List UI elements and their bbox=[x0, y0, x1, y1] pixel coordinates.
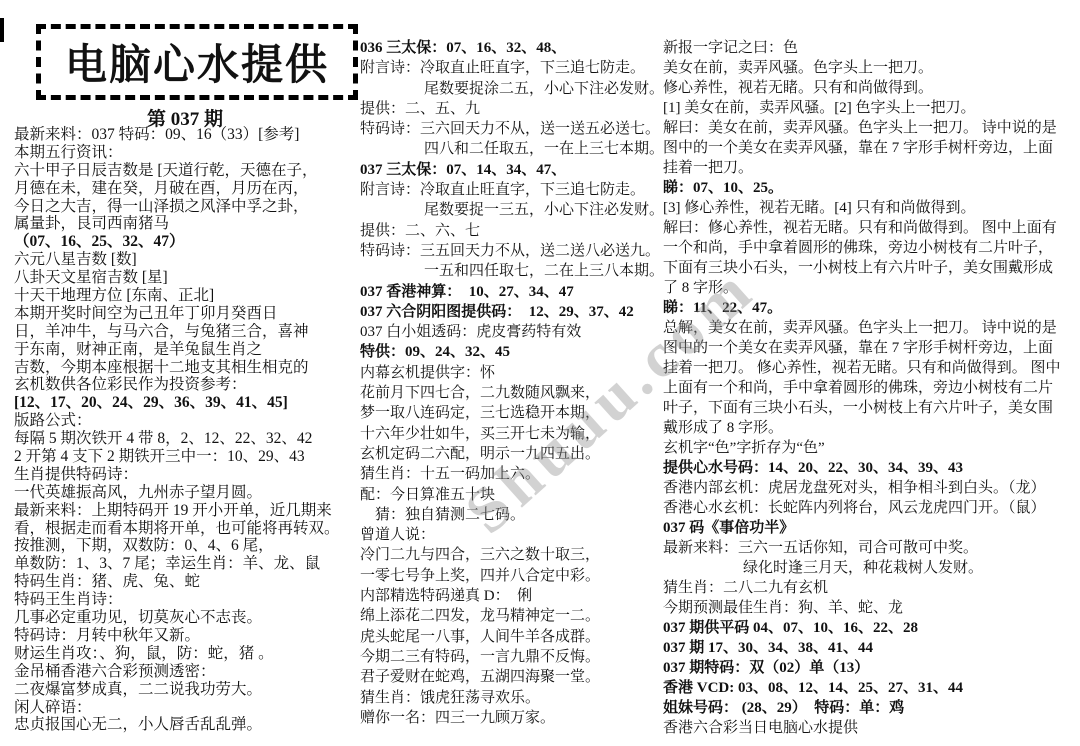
scan-edge-artifact bbox=[0, 18, 4, 42]
text-line: 特码诗：月转中秋年又新。 bbox=[14, 627, 360, 645]
text-line: 六十甲子日辰吉数是 [天道行乾，天德在子， bbox=[14, 162, 360, 180]
text-line: 香港六合彩当日电脑心水提供 bbox=[663, 718, 1075, 738]
text-line: 一五和四任取七，二在上三八本期。 bbox=[360, 261, 662, 281]
text-line: 037 码《事倍功半》 bbox=[663, 518, 1075, 538]
text-line: 特码王生肖诗： bbox=[14, 591, 360, 609]
text-line: 特码生肖：猪、虎、兔、蛇 bbox=[14, 573, 360, 591]
text-line: 最新来料：037 特码：09、16（33）[参考] bbox=[14, 126, 360, 144]
text-line: 君子爱财在蛇鸡，五湖四海聚一堂。 bbox=[360, 667, 662, 687]
text-line: 猜生肖：饿虎狂荡寻欢乐。 bbox=[360, 688, 662, 708]
text-line: 尾数要捉涂二五，小心下注必发财。 bbox=[360, 79, 662, 99]
text-line: 解曰：美女在前，卖弄风骚。色字头上一把刀。 诗中说的是 bbox=[663, 118, 1075, 138]
text-line: 037 期 17、30、34、38、41、44 bbox=[663, 638, 1075, 658]
text-line: 037 香港神算： 10、27、34、47 bbox=[360, 282, 662, 302]
text-line: 036 三太保：07、16、32、48、 bbox=[360, 38, 662, 58]
text-line: 附言诗：冷取直止旺直字，下三追七防走。 bbox=[360, 58, 662, 78]
text-line: 香港 VCD: 03、08、12、14、25、27、31、44 bbox=[663, 678, 1075, 698]
text-line: 修心养性，视若无睹。只有和尚做得到。 bbox=[663, 78, 1075, 98]
text-line: 赠你一名：四三一九顾万家。 bbox=[360, 708, 662, 728]
middle-column: 036 三太保：07、16、32、48、附言诗：冷取直止旺直字，下三追七防走。尾… bbox=[360, 38, 662, 728]
text-line: 玄机定码二六配，明示一九四五出。 bbox=[360, 444, 662, 464]
text-line: 猜：独自猜测二七码。 bbox=[360, 505, 662, 525]
text-line: 绵上添花二四发，龙马精神定一二。 bbox=[360, 606, 662, 626]
text-line: （07、16、25、32、47） bbox=[14, 233, 360, 251]
text-line: 2 开第 4 支下 2 期铁开三中一：10、29、43 bbox=[14, 448, 360, 466]
text-line: 037 六合阴阳图提供码： 12、29、37、42 bbox=[360, 302, 662, 322]
text-line: 虎头蛇尾一八事，人间牛羊各成群。 bbox=[360, 627, 662, 647]
text-line: 猜生肖：二八二九有玄机 bbox=[663, 578, 1075, 598]
text-line: 吉数，今期本座根据十二地支其相生相克的 bbox=[14, 359, 360, 377]
text-line: 看，根据走而看本期将开单，也可能将再转双。 bbox=[14, 520, 360, 538]
text-line: 金吊桶香港六合彩预测透密： bbox=[14, 663, 360, 681]
text-line: 忠贞报国心无二，小人唇舌乱乱弹。 bbox=[14, 716, 360, 734]
text-line: 六元八星吉数 [数] bbox=[14, 251, 360, 269]
text-line: 猜生肖：十五一码加上六。 bbox=[360, 464, 662, 484]
page-title: 电脑心水提供 bbox=[65, 32, 329, 92]
text-line: 于东南，财神正南，是羊兔鼠生肖之 bbox=[14, 341, 360, 359]
text-line: 总解，美女在前，卖弄风骚。色字头上一把刀。 诗中说的是 bbox=[663, 318, 1075, 338]
text-line: 上面有一个和尚，手中拿着圆形的佛珠，旁边小树枝有二片 bbox=[663, 378, 1075, 398]
text-line: 特供：09、24、32、45 bbox=[360, 342, 662, 362]
text-line: 提供心水号码：14、20、22、30、34、39、43 bbox=[663, 458, 1075, 478]
text-line: 下面有三块小石头，一小树枝上有六片叶子，美女围戴形成 bbox=[663, 258, 1075, 278]
text-line: 提供：二、五、九 bbox=[360, 99, 662, 119]
text-line: 二夜爆富梦成真，二二说我功劳大。 bbox=[14, 681, 360, 699]
text-line: 本期五行资讯： bbox=[14, 144, 360, 162]
text-line: 一代英雄振高风，九州赤子望月圆。 bbox=[14, 484, 360, 502]
text-line: 冷门二九与四合，三六之数十取三， bbox=[360, 545, 662, 565]
text-line: 新报一字记之曰：色 bbox=[663, 38, 1075, 58]
text-line: 闲人碎语： bbox=[14, 699, 360, 717]
text-line: 一个和尚，手中拿着圆形的佛珠，旁边小树枝有二片叶子， bbox=[663, 238, 1075, 258]
text-line: 尾数要捉一三五，小心下注必发财。 bbox=[360, 200, 662, 220]
right-column: 新报一字记之曰：色美女在前，卖弄风骚。色字头上一把刀。修心养性，视若无睹。只有和… bbox=[663, 38, 1075, 738]
text-line: 图中的一个美女在卖弄风骚，靠在 7 字形手树杆旁边，上面 bbox=[663, 338, 1075, 358]
text-line: 曾道人说： bbox=[360, 525, 662, 545]
text-line: 十六年少壮如牛，买三开七未为输， bbox=[360, 424, 662, 444]
text-line: 配：今日算准五十块 bbox=[360, 485, 662, 505]
text-line: 内幕玄机提供字：怀 bbox=[360, 363, 662, 383]
text-line: 了 8 字形。 bbox=[663, 278, 1075, 298]
text-line: 花前月下四七合，二九数随风飘来， bbox=[360, 383, 662, 403]
text-line: 美女在前，卖弄风骚。色字头上一把刀。 bbox=[663, 58, 1075, 78]
text-line: 属量卦，艮司西南猪马 bbox=[14, 215, 360, 233]
text-line: 每隔 5 期次铁开 4 带 8，2、12、22、32、42 bbox=[14, 430, 360, 448]
text-line: 叶子，下面有三块小石头，一小树枝上有六片叶子，美女围 bbox=[663, 398, 1075, 418]
text-line: 解曰：修心养性，视若无睹。只有和尚做得到。 图中上面有 bbox=[663, 218, 1075, 238]
text-line: 戴形成了 8 字形。 bbox=[663, 418, 1075, 438]
text-line: 今期二三有特码，一言九鼎不反悔。 bbox=[360, 647, 662, 667]
text-line: 最新来料：上期特码开 19 开小开单，近几期来 bbox=[14, 502, 360, 520]
text-line: 037 期特码：双（02）单（13） bbox=[663, 658, 1075, 678]
text-line: 绿化时逢三月天，种花栽树人发财。 bbox=[663, 558, 1075, 578]
title-box: 电脑心水提供 bbox=[36, 24, 358, 100]
text-line: 玄机数供各位彩民作为投资参考： bbox=[14, 376, 360, 394]
text-line: 最新来料：三六一五话你知，司合可散可中奖。 bbox=[663, 538, 1075, 558]
text-line: [1] 美女在前，卖弄风骚。[2] 色字头上一把刀。 bbox=[663, 98, 1075, 118]
text-line: 挂着一把刀。 修心养性，视若无睹。只有和尚做得到。 图中 bbox=[663, 358, 1075, 378]
text-line: 香港内部玄机：虎居龙盘死对头，相争相斗到白头。（龙） bbox=[663, 478, 1075, 498]
left-column: 最新来料：037 特码：09、16（33）[参考]本期五行资讯：六十甲子日辰吉数… bbox=[14, 126, 360, 734]
text-line: 037 白小姐透码：虎皮膏药特有效 bbox=[360, 322, 662, 342]
text-line: 037 三太保：07、14、34、47、 bbox=[360, 160, 662, 180]
text-line: 睇：07、10、25。 bbox=[663, 178, 1075, 198]
text-line: 版路公式： bbox=[14, 412, 360, 430]
text-line: 附言诗：冷取直止旺直字，下三追七防走。 bbox=[360, 180, 662, 200]
text-line: 生肖提供特码诗： bbox=[14, 466, 360, 484]
text-line: 特码诗：三五回天力不从，送二送八必送九。 bbox=[360, 241, 662, 261]
text-line: 八卦天文星宿吉数 [星] bbox=[14, 269, 360, 287]
text-line: 今期预测最佳生肖：狗、羊、蛇、龙 bbox=[663, 598, 1075, 618]
text-line: 提供：二、六、七 bbox=[360, 221, 662, 241]
text-line: 挂着一把刀。 bbox=[663, 158, 1075, 178]
text-line: [12、17、20、24、29、36、39、41、45] bbox=[14, 394, 360, 412]
text-line: 037 期供平码 04、07、10、16、22、28 bbox=[663, 618, 1075, 638]
document-page: 电脑心水提供 第 037 期 最新来料：037 特码：09、16（33）[参考]… bbox=[0, 0, 1080, 746]
text-line: 姐妹号码： (28、29） 特码：单：鸡 bbox=[663, 698, 1075, 718]
text-line: 财运生肖攻：、狗，鼠，防：蛇，猪 。 bbox=[14, 645, 360, 663]
text-line: 本期开奖时间空为己丑年丁卯月癸酉日 bbox=[14, 305, 360, 323]
text-line: 玄机字“色”字折存为“色” bbox=[663, 438, 1075, 458]
text-line: 特码诗：三六回天力不从，送一送五必送七。 bbox=[360, 119, 662, 139]
text-line: 四八和二任取五，一在上三七本期。 bbox=[360, 139, 662, 159]
text-line: 月德在未，建在癸，月破在酉，月历在丙， bbox=[14, 180, 360, 198]
text-line: 梦一取八连码定，三七选稳开本期， bbox=[360, 403, 662, 423]
text-line: [3] 修心养性，视若无睹。[4] 只有和尚做得到。 bbox=[663, 198, 1075, 218]
text-line: 内部精选特码递真 D： 俐 bbox=[360, 586, 662, 606]
text-line: 今日之大吉，得一山泽损之风泽中孚之卦， bbox=[14, 198, 360, 216]
text-line: 几事必定重功见，切莫灰心不志丧。 bbox=[14, 609, 360, 627]
text-line: 按推测，下期，双数防：0、4、6 尾， bbox=[14, 537, 360, 555]
text-line: 图中的一个美女在卖弄风骚，靠在 7 字形手树杆旁边，上面 bbox=[663, 138, 1075, 158]
text-line: 单数防：1、3、7 尾；幸运生肖：羊、龙、鼠 bbox=[14, 555, 360, 573]
text-line: 十天干地理方位 [东南、正北] bbox=[14, 287, 360, 305]
text-line: 日，羊冲牛，与马六合，与兔猪三合，喜神 bbox=[14, 323, 360, 341]
text-line: 香港心水玄机：长蛇阵内列将台，风云龙虎四门开。（鼠） bbox=[663, 498, 1075, 518]
text-line: 睇：11、22、47。 bbox=[663, 298, 1075, 318]
text-line: 一零七号争上奖，四并八合定中彩。 bbox=[360, 566, 662, 586]
